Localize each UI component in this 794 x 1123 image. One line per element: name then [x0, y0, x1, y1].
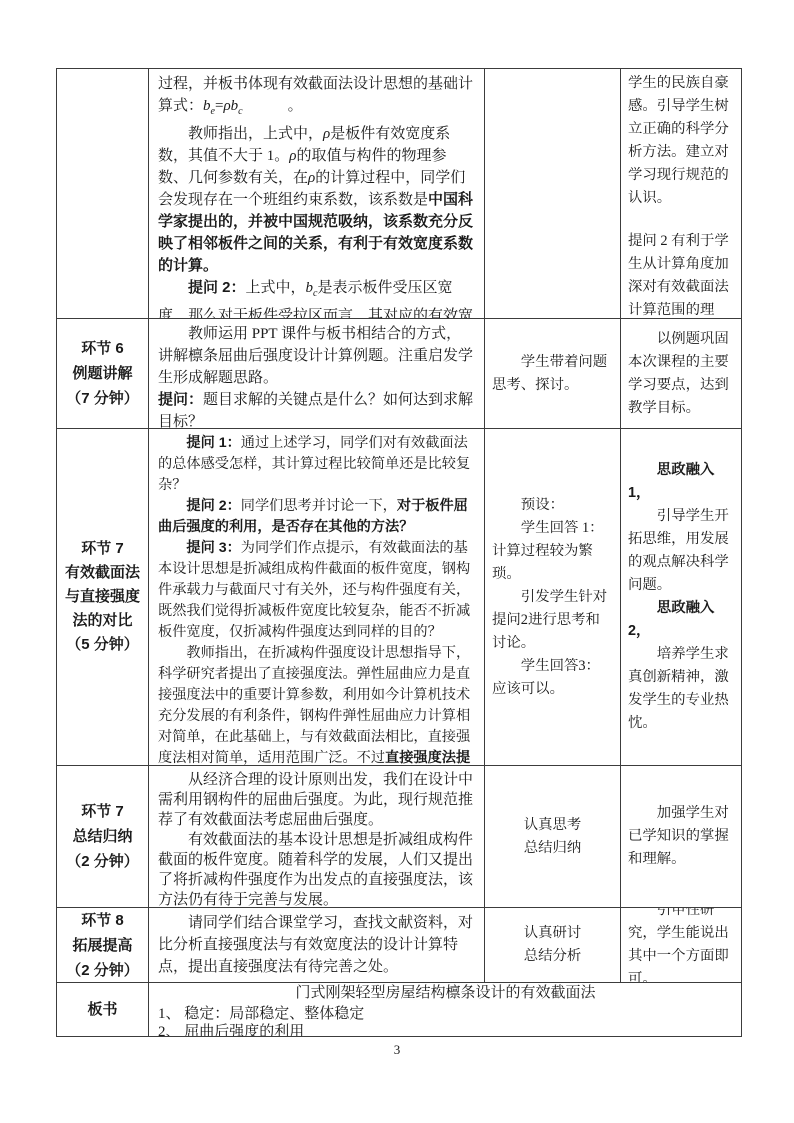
paragraph: 加强学生对已学知识的掌握和理解。: [628, 802, 734, 871]
content-cell-row1: 过程，并板书体现有效截面法设计思想的基础计算式：be=ρbc 。 教师指出，上式…: [149, 69, 485, 319]
paragraph: 提问 2：同学们思考并讨论一下，对于板件屈曲后强度的利用，是否存在其他的方法？: [158, 496, 476, 538]
paragraph: 学生回答 1：计算过程较为繁琐。: [492, 517, 613, 586]
paragraph: 思政融入 1，: [628, 459, 734, 505]
paragraph: 提问 1：通过上述学习，同学们对有效截面法的总体感受怎样，其计算过程比较简单还是…: [158, 433, 476, 496]
paragraph: 认真思考: [492, 814, 613, 837]
board-cell: 门式刚架轻型房屋结构檩条设计的有效截面法 1、 稳定：局部稳定、整体稳定 2、 …: [149, 983, 741, 1036]
paragraph: 提问：题目求解的关键点是什么？如何达到求解目标？: [158, 389, 476, 429]
student-activity-cell-row3: 预设： 学生回答 1：计算过程较为繁琐。 引发学生针对提问2进行思考和讨论。 学…: [485, 429, 621, 766]
student-activity-cell-row5: 认真研讨 总结分析: [485, 908, 621, 983]
stage-cell-row4: 环节 7 总结归纳 （2 分钟）: [57, 766, 149, 908]
paragraph: 引申性研究，学生能说出其中一个方面即可。: [628, 908, 734, 983]
board-item: 2、 屈曲后强度的利用: [158, 1023, 733, 1036]
design-intent-cell-row4: 加强学生对已学知识的掌握和理解。: [621, 766, 741, 908]
page-number: 3: [0, 1042, 794, 1058]
stage-line: （2 分钟）: [66, 849, 139, 874]
stage-line: 板书: [87, 997, 117, 1022]
paragraph: 引发学生针对提问2进行思考和讨论。: [492, 586, 613, 655]
stage-line: （5 分钟）: [66, 633, 139, 657]
stage-line: 总结归纳: [72, 824, 132, 849]
paragraph: 以例题巩固本次课程的主要学习要点，达到教学目标。: [628, 328, 734, 420]
paragraph: 总结分析: [492, 945, 613, 968]
design-intent-cell-row3: 思政融入 1， 引导学生开拓思维，用发展的观点解决科学问题。 思政融入 2， 培…: [621, 429, 741, 766]
paragraph: 总结归纳: [492, 837, 613, 860]
paragraph: 学生的民族自豪感。引导学生树立正确的科学分析方法。建立对学习现行规范的认识。: [628, 72, 734, 210]
paragraph: 学生带着问题思考、探讨。: [492, 351, 613, 397]
design-intent-cell-row2: 以例题巩固本次课程的主要学习要点，达到教学目标。: [621, 319, 741, 429]
stage-line: 法的对比: [72, 609, 132, 633]
paragraph: 从经济合理的设计原则出发，我们在设计中需利用钢构件的屈曲后强度。为此，现行规范推…: [158, 770, 476, 830]
lesson-plan-page: { "page": { "number": "3" }, "table": { …: [0, 0, 794, 1123]
board-item: 1、 稳定：局部稳定、整体稳定: [158, 1005, 733, 1023]
stage-line: 环节 6: [81, 336, 124, 361]
paragraph: 学生回答3：应该可以。: [492, 655, 613, 701]
stage-line: 拓展提高: [72, 933, 132, 958]
paragraph: 提问 3：为同学们作点提示，有效截面法的基本设计思想是折减组成构件截面的板件宽度…: [158, 538, 476, 643]
student-activity-cell-row4: 认真思考 总结归纳: [485, 766, 621, 908]
design-intent-cell-row1: 学生的民族自豪感。引导学生树立正确的科学分析方法。建立对学习现行规范的认识。 提…: [621, 69, 741, 319]
content-cell-row5: 请同学们结合课堂学习，查找文献资料，对比分析直接强度法与有效宽度法的设计计算特点…: [149, 908, 485, 983]
paragraph: 培养学生求真创新精神，激发学生的专业热忱。: [628, 643, 734, 735]
content-cell-row3: 提问 1：通过上述学习，同学们对有效截面法的总体感受怎样，其计算过程比较简单还是…: [149, 429, 485, 766]
stage-line: 环节 8: [81, 908, 124, 933]
student-activity-cell-row1: [485, 69, 621, 319]
stage-line: （7 分钟）: [66, 386, 139, 411]
stage-cell-row5: 环节 8 拓展提高 （2 分钟）: [57, 908, 149, 983]
stage-cell-row3: 环节 7 有效截面法 与直接强度 法的对比 （5 分钟）: [57, 429, 149, 766]
lesson-plan-table: 过程，并板书体现有效截面法设计思想的基础计算式：be=ρbc 。 教师指出，上式…: [56, 68, 742, 1037]
stage-line: 环节 7: [81, 537, 124, 561]
paragraph: 过程，并板书体现有效截面法设计思想的基础计算式：be=ρbc 。: [158, 73, 476, 123]
stage-line: 环节 7: [81, 799, 124, 824]
paragraph: 教师指出，在折减构件强度设计思想指导下，科学研究者提出了直接强度法。弹性屈曲应力…: [158, 643, 476, 766]
paragraph: 请同学们结合课堂学习，查找文献资料，对比分析直接强度法与有效宽度法的设计计算特点…: [158, 912, 476, 978]
stage-cell-row2: 环节 6 例题讲解 （7 分钟）: [57, 319, 149, 429]
stage-line: 有效截面法: [65, 561, 140, 585]
content-cell-row2: 教师运用 PPT 课件与板书相结合的方式，讲解檩条屈曲后强度设计计算例题。注重启…: [149, 319, 485, 429]
paragraph: 提问 2：上式中，bc是表示板件受压区宽度，那么对于板件受拉区而言，其对应的有效…: [158, 277, 476, 319]
stage-cell-row1: [57, 69, 149, 319]
paragraph: 引导学生开拓思维，用发展的观点解决科学问题。: [628, 505, 734, 597]
paragraph: 教师运用 PPT 课件与板书相结合的方式，讲解檩条屈曲后强度设计计算例题。注重启…: [158, 323, 476, 389]
paragraph: 预设：: [492, 494, 613, 517]
design-intent-cell-row5: 引申性研究，学生能说出其中一个方面即可。: [621, 908, 741, 983]
board-title: 门式刚架轻型房屋结构檩条设计的有效截面法: [158, 984, 733, 1002]
paragraph: 思政融入 2，: [628, 597, 734, 643]
stage-line: （2 分钟）: [66, 958, 139, 983]
paragraph: 教师指出，上式中，ρ是板件有效宽度系数，其值不大于 1。ρ的取值与构件的物理参数…: [158, 123, 476, 277]
content-cell-row4: 从经济合理的设计原则出发，我们在设计中需利用钢构件的屈曲后强度。为此，现行规范推…: [149, 766, 485, 908]
student-activity-cell-row2: 学生带着问题思考、探讨。: [485, 319, 621, 429]
paragraph: 有效截面法的基本设计思想是折减组成构件截面的板件宽度。随着科学的发展，人们又提出…: [158, 830, 476, 908]
stage-line: 与直接强度: [65, 585, 140, 609]
paragraph: 提问 2 有利于学生从计算角度加深对有效截面法计算范围的理解。: [628, 230, 734, 319]
paragraph: 认真研讨: [492, 922, 613, 945]
stage-cell-board: 板书: [57, 983, 149, 1036]
stage-line: 例题讲解: [72, 361, 132, 386]
